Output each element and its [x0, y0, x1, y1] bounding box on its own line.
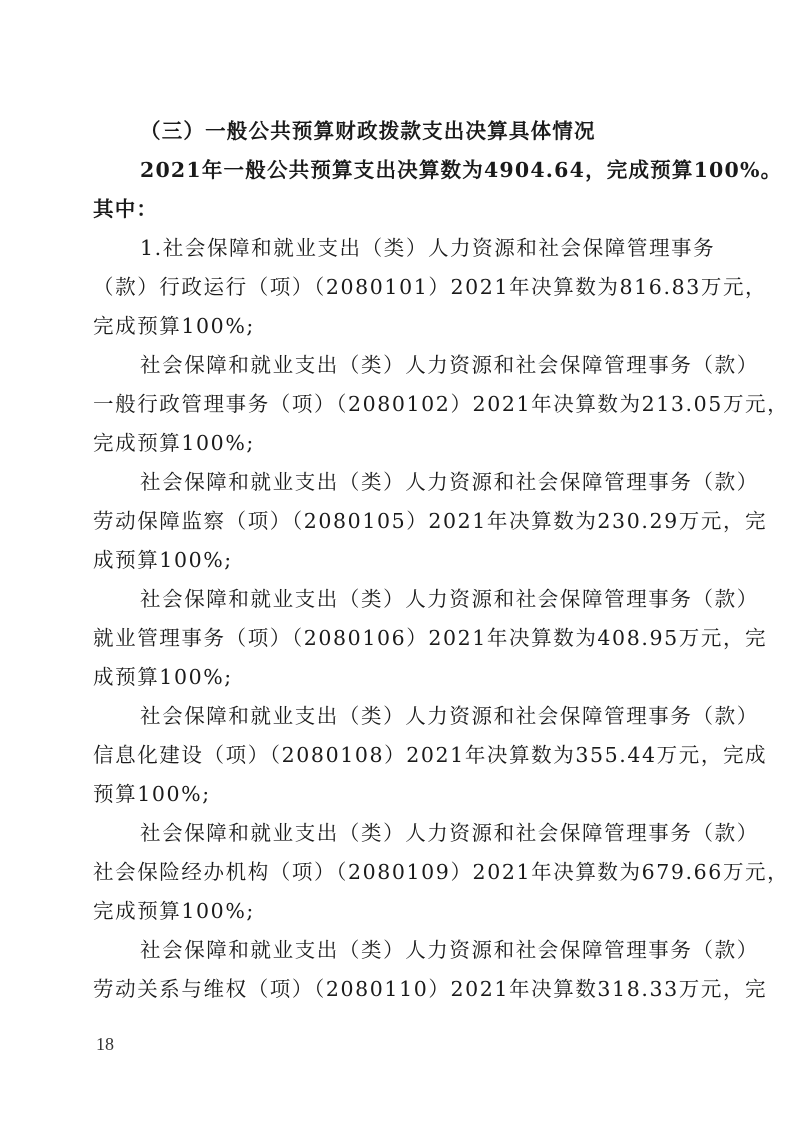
item-6-line-1: 社会保障和就业支出（类）人力资源和社会保障管理事务（款）: [140, 818, 703, 848]
item-3-line-3: 成预算100%;: [93, 545, 703, 575]
item-5-line-2: 信息化建设（项）（2080108）2021年决算数为355.44万元，完成: [93, 740, 703, 770]
item-5-line-1: 社会保障和就业支出（类）人力资源和社会保障管理事务（款）: [140, 701, 703, 731]
item-2-line-2: 一般行政管理事务（项）（2080102）2021年决算数为213.05万元，: [93, 389, 703, 419]
item-5-line-3: 预算100%;: [93, 779, 703, 809]
page-number: 18: [96, 1034, 114, 1055]
item-1-line-1: 1.社会保障和就业支出（类）人力资源和社会保障管理事务: [140, 233, 703, 263]
item-2-line-3: 完成预算100%;: [93, 428, 703, 458]
item-6-line-2: 社会保险经办机构（项）（2080109）2021年决算数为679.66万元，: [93, 857, 703, 887]
summary-continuation: 其中：: [93, 194, 703, 224]
item-2-line-1: 社会保障和就业支出（类）人力资源和社会保障管理事务（款）: [140, 350, 703, 380]
item-3-line-2: 劳动保障监察（项）（2080105）2021年决算数为230.29万元，完: [93, 506, 703, 536]
document-page: （三）一般公共预算财政拨款支出决算具体情况 2021年一般公共预算支出决算数为4…: [0, 0, 793, 1122]
item-1-line-3: 完成预算100%;: [93, 311, 703, 341]
item-7-line-2: 劳动关系与维权（项）（2080110）2021年决算数318.33万元，完: [93, 974, 703, 1004]
item-1-line-2: （款）行政运行（项）（2080101）2021年决算数为816.83万元，: [93, 272, 703, 302]
item-4-line-3: 成预算100%;: [93, 662, 703, 692]
section-heading: （三）一般公共预算财政拨款支出决算具体情况: [140, 116, 703, 146]
item-7-line-1: 社会保障和就业支出（类）人力资源和社会保障管理事务（款）: [140, 935, 703, 965]
item-3-line-1: 社会保障和就业支出（类）人力资源和社会保障管理事务（款）: [140, 467, 703, 497]
item-6-line-3: 完成预算100%;: [93, 896, 703, 926]
item-4-line-2: 就业管理事务（项）（2080106）2021年决算数为408.95万元，完: [93, 623, 703, 653]
item-4-line-1: 社会保障和就业支出（类）人力资源和社会保障管理事务（款）: [140, 584, 703, 614]
summary-line: 2021年一般公共预算支出决算数为4904.64，完成预算100%。: [140, 155, 703, 185]
